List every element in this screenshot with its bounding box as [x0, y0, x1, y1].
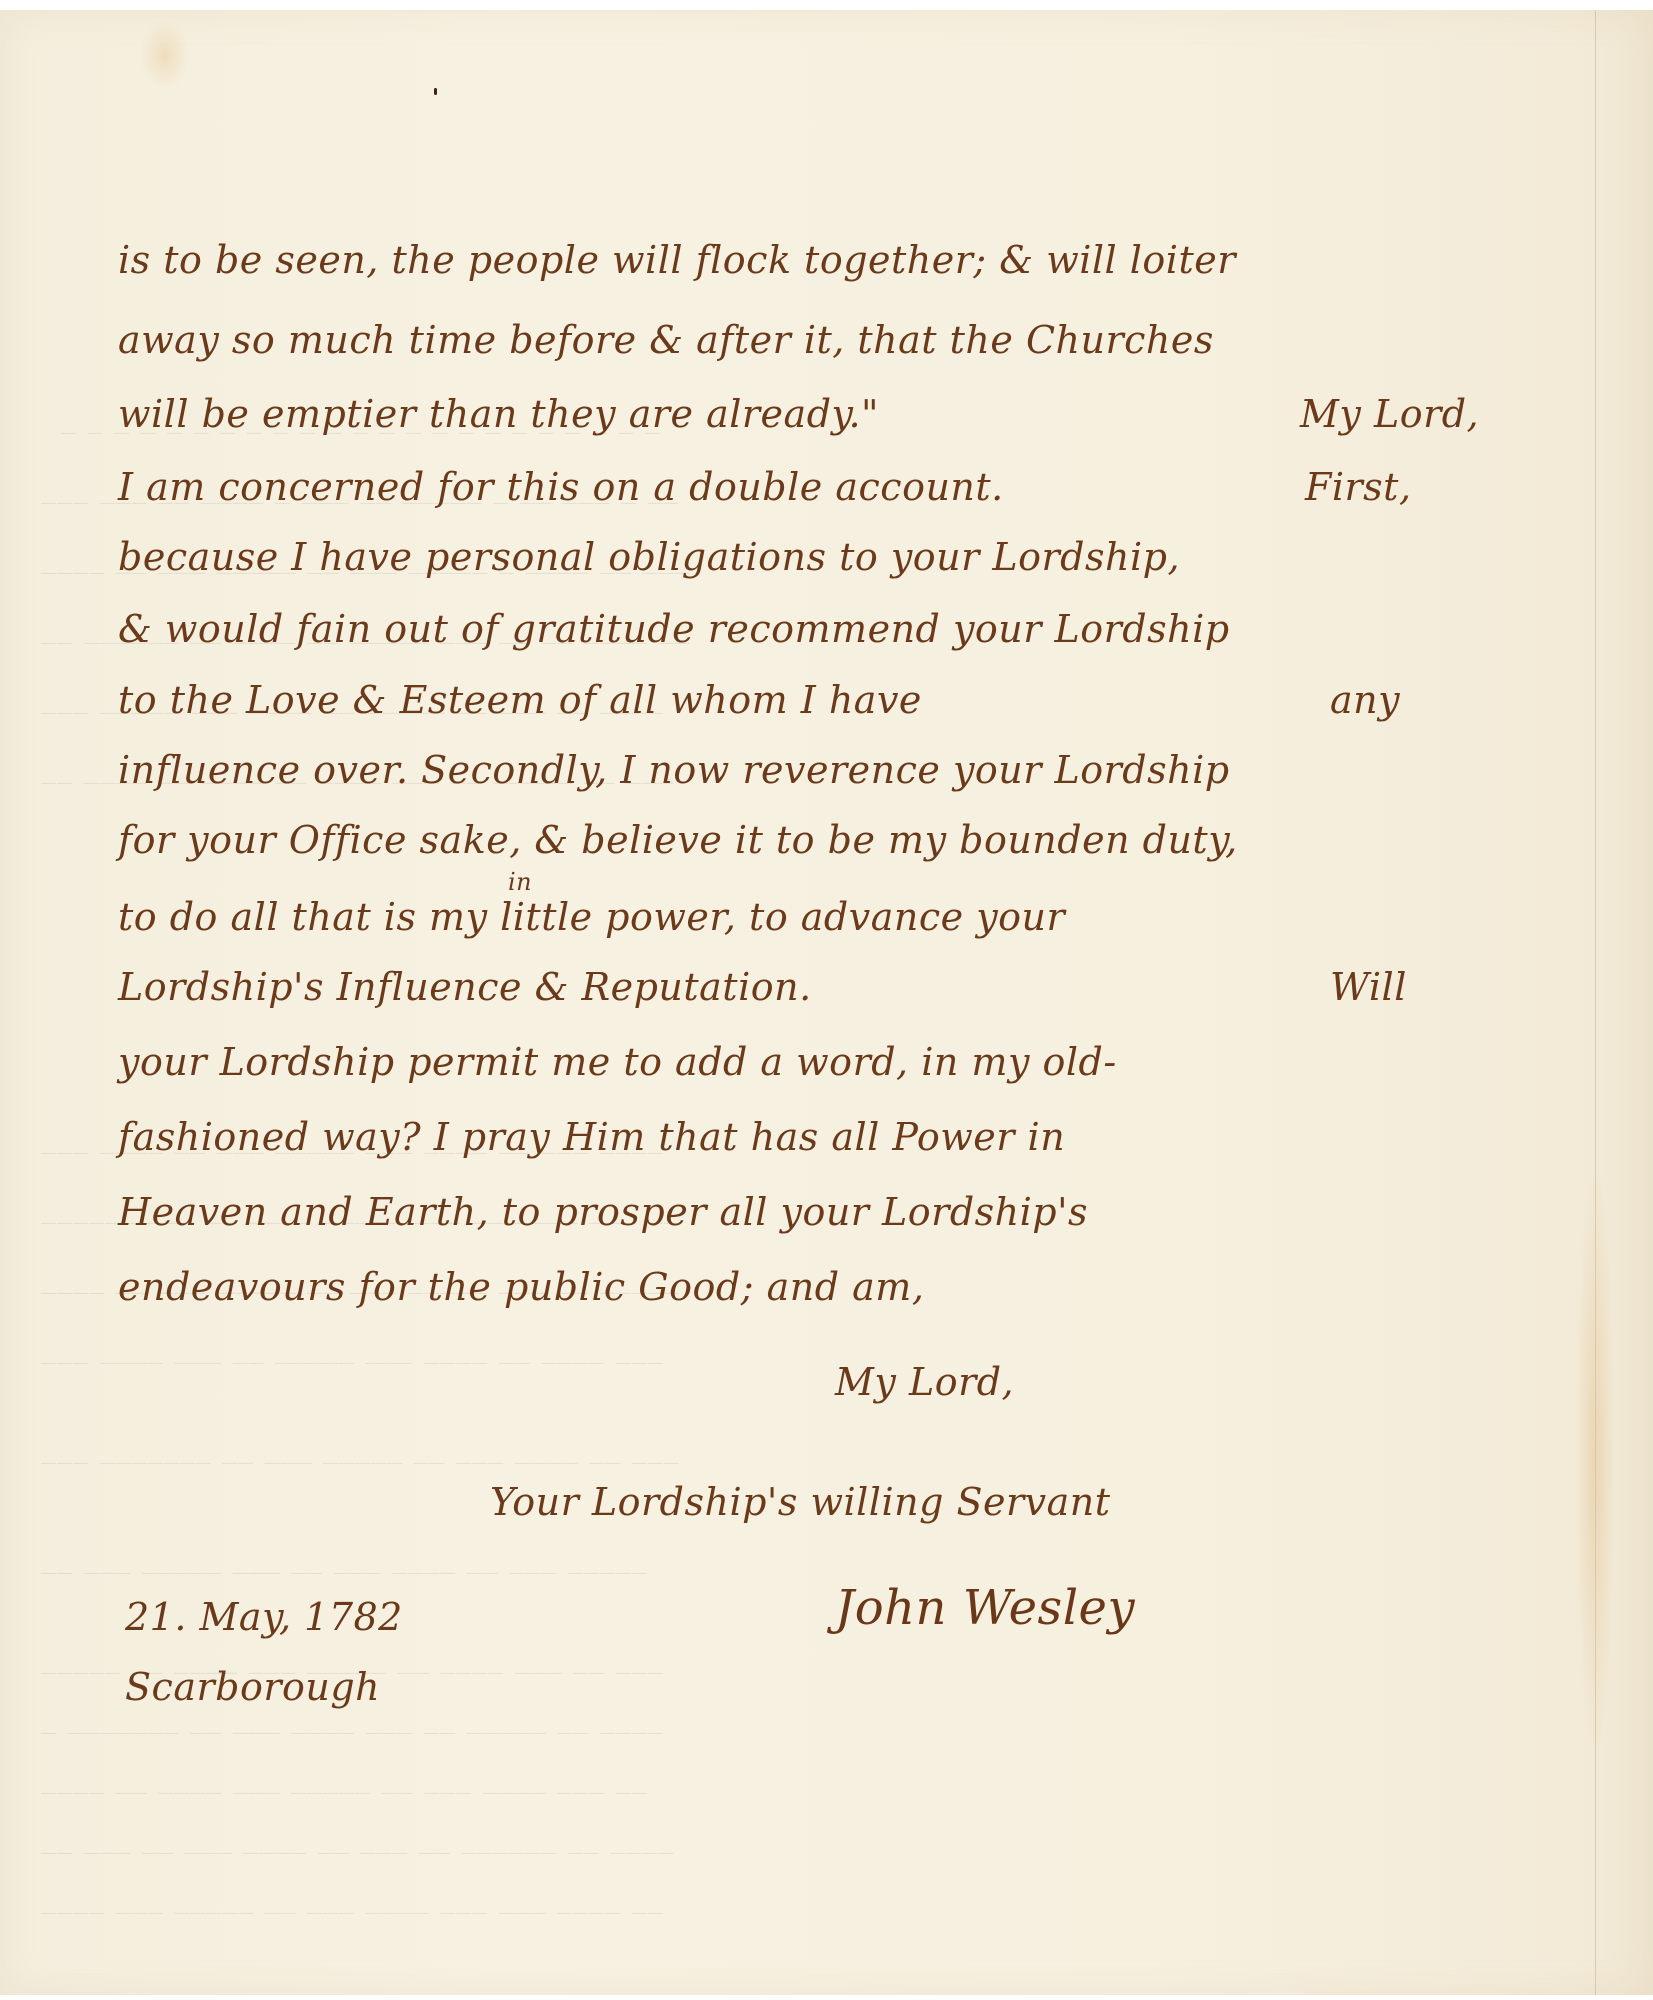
- letter-line-1: is to be seen, the people will flock tog…: [118, 238, 1236, 282]
- interlinear-insertion: in: [508, 868, 532, 896]
- letter-line-8: influence over. Secondly, I now reverenc…: [118, 748, 1230, 792]
- dateline-date: 21. May, 1782: [125, 1595, 403, 1639]
- letter-line-13: fashioned way? I pray Him that has all P…: [118, 1115, 1065, 1159]
- letter-page: _ _ _ _ _ _ _ _ _ _ _ _ _ _ _ _ _ _ _ _ …: [0, 10, 1653, 1995]
- letter-line-12: your Lordship permit me to add a word, i…: [118, 1040, 1117, 1084]
- ink-dot: [434, 88, 437, 95]
- letter-line-14: Heaven and Earth, to prosper all your Lo…: [118, 1190, 1088, 1234]
- letter-line-5: because I have personal obligations to y…: [118, 535, 1180, 579]
- top-stain: [140, 20, 190, 90]
- letter-line-4: I am concerned for this on a double acco…: [118, 465, 1004, 509]
- letter-line-3: will be emptier than they are already.": [118, 392, 879, 436]
- letter-line-7: to the Love & Esteem of all whom I have: [118, 678, 922, 722]
- letter-first: First,: [1305, 465, 1412, 509]
- letter-line-2: away so much time before & after it, tha…: [118, 318, 1214, 362]
- signature: John Wesley: [835, 1580, 1135, 1636]
- letter-line-6: & would fain out of gratitude recommend …: [118, 607, 1230, 651]
- letter-my-lord: My Lord,: [1300, 392, 1479, 436]
- letter-will: Will: [1330, 965, 1407, 1009]
- letter-line-9: for your Office sake, & believe it to be…: [118, 818, 1238, 862]
- letter-line-15: endeavours for the public Good; and am,: [118, 1265, 924, 1309]
- letter-line-11: Lordship's Influence & Reputation.: [118, 965, 812, 1009]
- dateline-place: Scarborough: [125, 1665, 380, 1709]
- fold-stain: [1575, 1160, 1615, 1760]
- letter-any: any: [1330, 678, 1400, 722]
- closing-salutation: My Lord,: [835, 1360, 1014, 1404]
- letter-line-10: to do all that is my little power, to ad…: [118, 895, 1065, 939]
- closing-valediction: Your Lordship's willing Servant: [490, 1480, 1111, 1524]
